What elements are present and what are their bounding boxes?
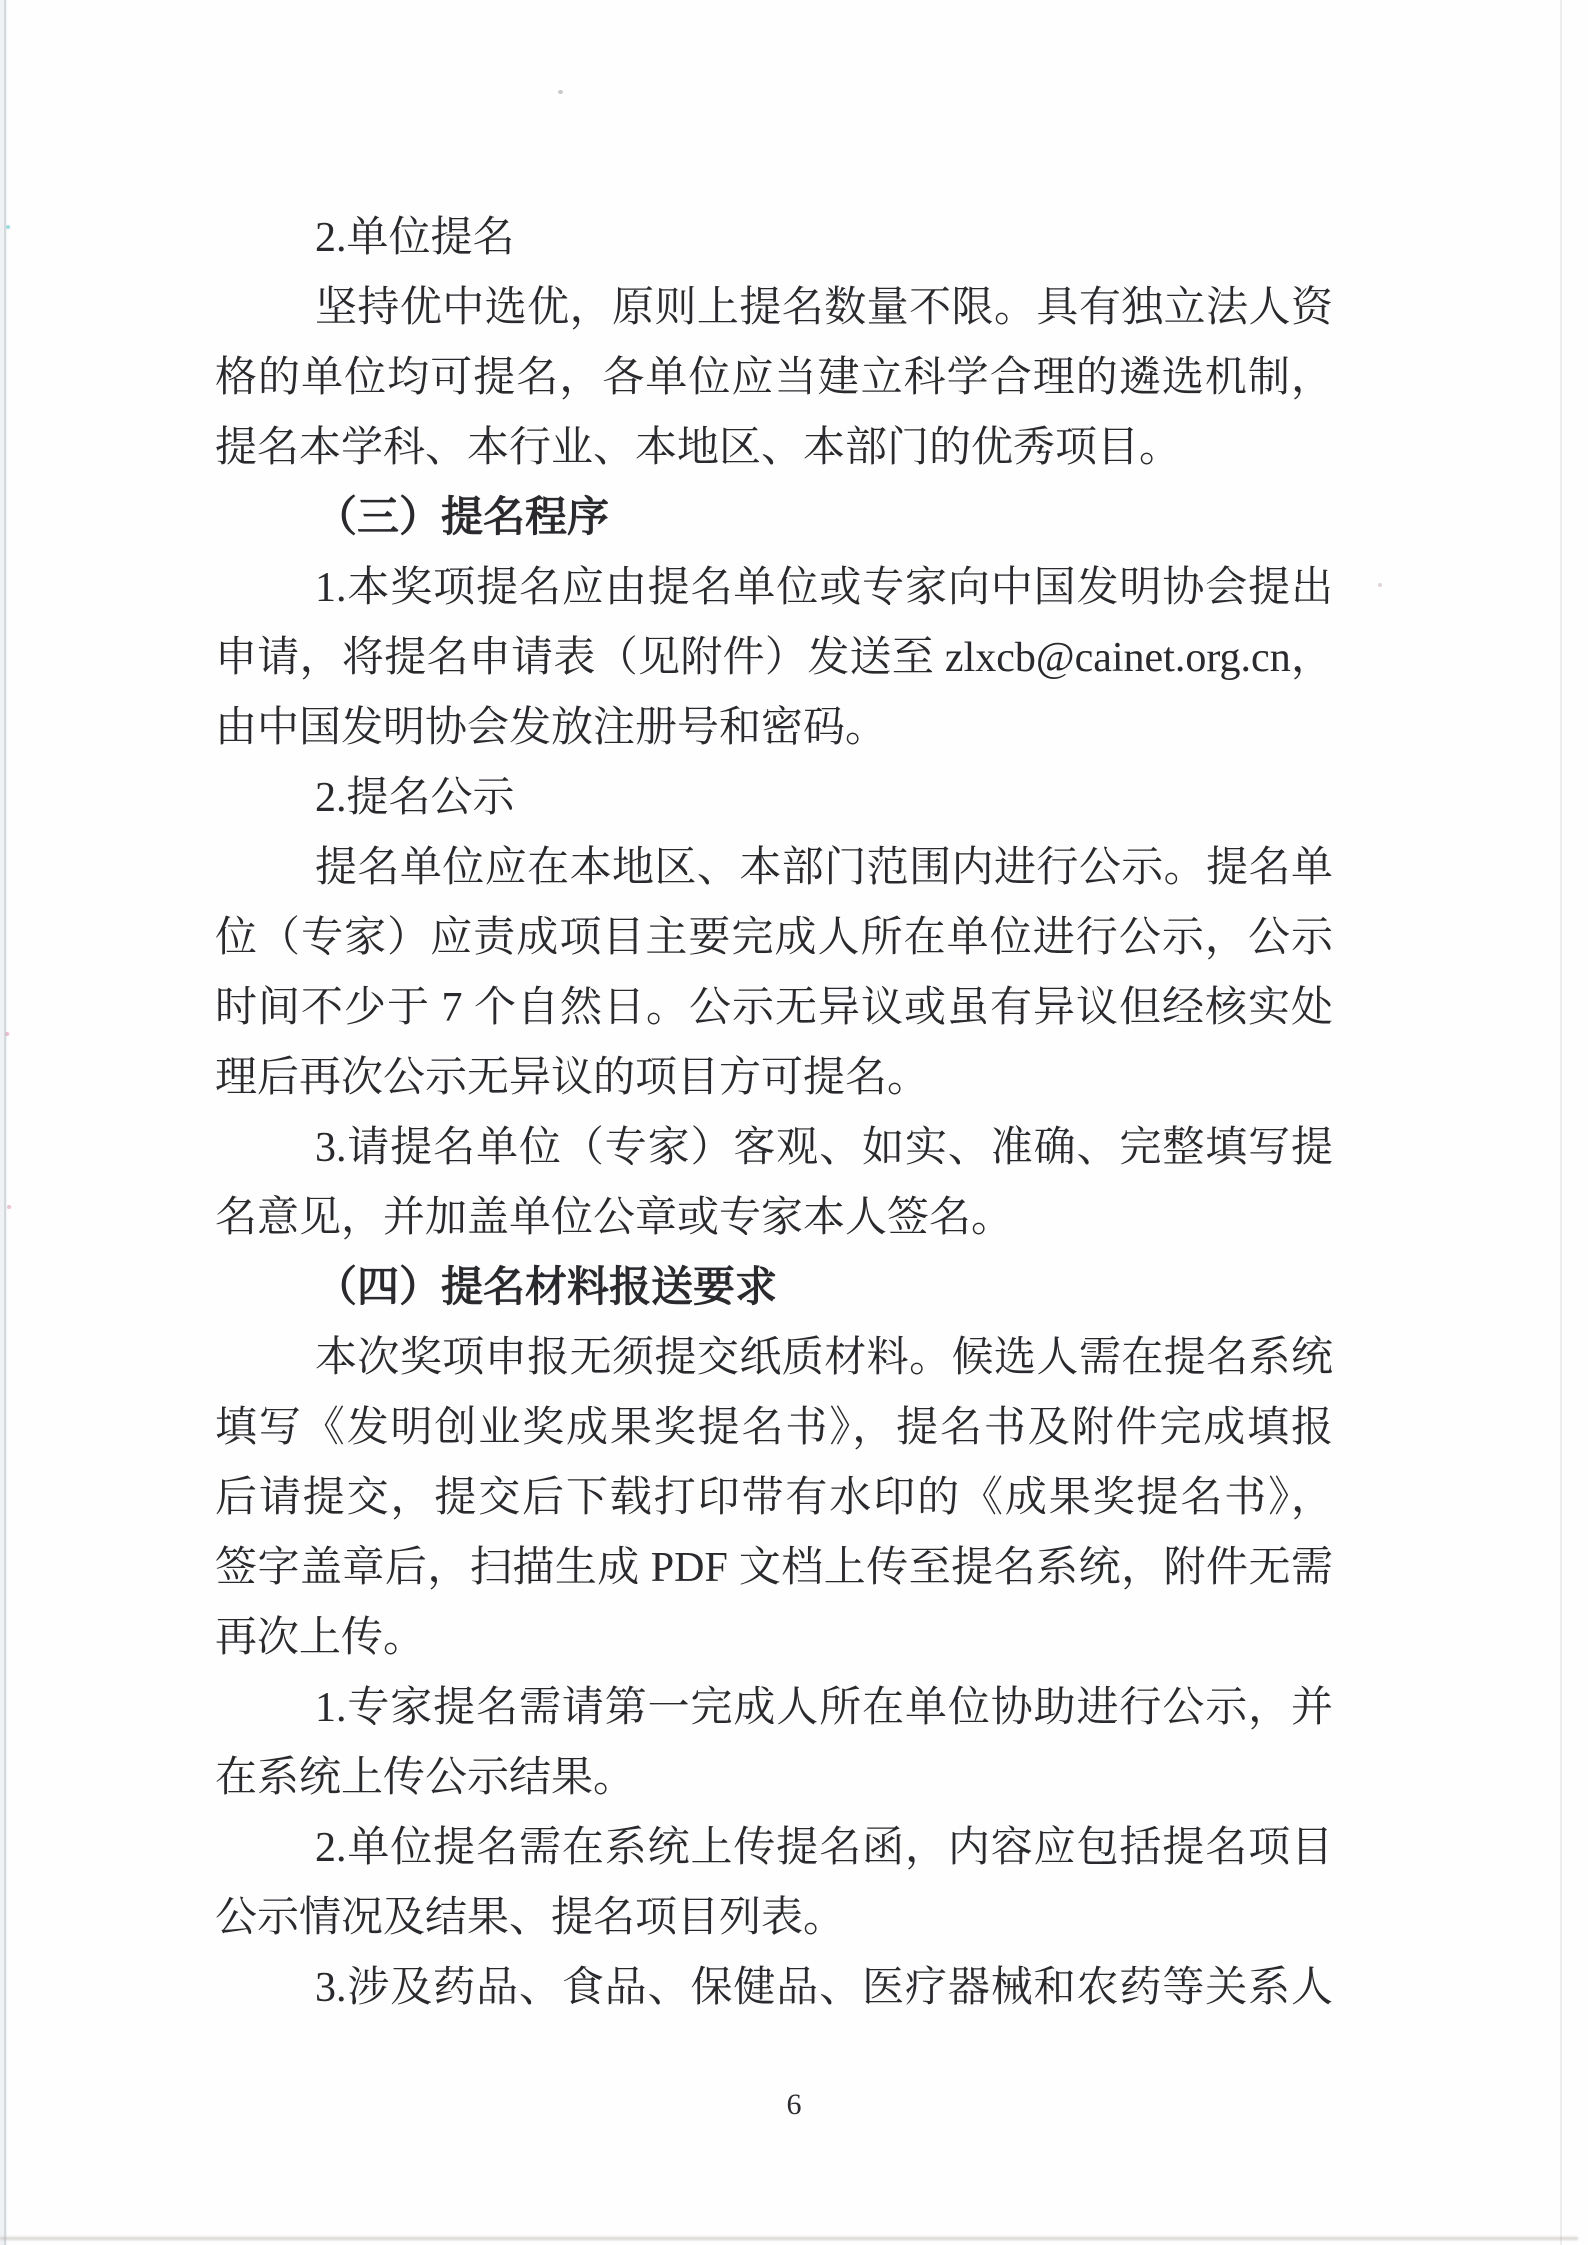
text-line: 填写《发明创业奖成果奖提名书》，提名书及附件完成填报 <box>215 1393 1333 1463</box>
paragraph: 2.单位提名需在系统上传提名函，内容应包括提名项目公示情况及结果、提名项目列表。 <box>215 1813 1333 1953</box>
text-line: （三）提名程序 <box>215 483 1333 553</box>
page-number: 6 <box>0 2088 1588 2122</box>
scan-speck <box>1378 583 1382 587</box>
text-line: 理后再次公示无异议的项目方可提名。 <box>215 1043 1333 1113</box>
paragraph: 坚持优中选优，原则上提名数量不限。具有独立法人资格的单位均可提名，各单位应当建立… <box>215 273 1333 483</box>
section-heading: （三）提名程序 <box>215 483 1333 553</box>
text-line: 3.请提名单位（专家）客观、如实、准确、完整填写提 <box>215 1113 1333 1183</box>
text-line: 2.单位提名需在系统上传提名函，内容应包括提名项目 <box>215 1813 1333 1883</box>
paragraph: 1.专家提名需请第一完成人所在单位协助进行公示，并在系统上传公示结果。 <box>215 1673 1333 1813</box>
scan-bottom-edge-line <box>0 2237 1578 2240</box>
text-line: 2.提名公示 <box>215 763 1333 833</box>
scan-speck <box>6 225 10 229</box>
text-line: 由中国发明协会发放注册号和密码。 <box>215 693 1333 763</box>
text-line: （四）提名材料报送要求 <box>215 1253 1333 1323</box>
document-page: 2.单位提名坚持优中选优，原则上提名数量不限。具有独立法人资格的单位均可提名，各… <box>0 0 1588 2245</box>
scan-right-edge-line <box>1560 0 1562 2245</box>
text-line: 时间不少于 7 个自然日。公示无异议或虽有异议但经核实处 <box>215 973 1333 1043</box>
text-line: 公示情况及结果、提名项目列表。 <box>215 1883 1333 1953</box>
paragraph: 2.单位提名 <box>215 203 1333 273</box>
text-line: 位（专家）应责成项目主要完成人所在单位进行公示，公示 <box>215 903 1333 973</box>
text-line: 1.专家提名需请第一完成人所在单位协助进行公示，并 <box>215 1673 1333 1743</box>
paragraph: 3.涉及药品、食品、保健品、医疗器械和农药等关系人 <box>215 1953 1333 2023</box>
paragraph: 1.本奖项提名应由提名单位或专家向中国发明协会提出申请，将提名申请表（见附件）发… <box>215 553 1333 763</box>
paragraph: 本次奖项申报无须提交纸质材料。候选人需在提名系统填写《发明创业奖成果奖提名书》，… <box>215 1323 1333 1673</box>
scan-left-edge-line <box>4 0 6 2245</box>
paragraph: 提名单位应在本地区、本部门范围内进行公示。提名单位（专家）应责成项目主要完成人所… <box>215 833 1333 1113</box>
text-line: 提名本学科、本行业、本地区、本部门的优秀项目。 <box>215 413 1333 483</box>
text-line: 1.本奖项提名应由提名单位或专家向中国发明协会提出 <box>215 553 1333 623</box>
text-line: 再次上传。 <box>215 1603 1333 1673</box>
scan-speck <box>7 1205 11 1209</box>
text-line: 坚持优中选优，原则上提名数量不限。具有独立法人资 <box>215 273 1333 343</box>
section-heading: （四）提名材料报送要求 <box>215 1253 1333 1323</box>
scan-speck <box>5 1032 9 1036</box>
text-line: 在系统上传公示结果。 <box>215 1743 1333 1813</box>
document-body: 2.单位提名坚持优中选优，原则上提名数量不限。具有独立法人资格的单位均可提名，各… <box>215 203 1333 2023</box>
scan-speck <box>558 90 563 94</box>
text-line: 3.涉及药品、食品、保健品、医疗器械和农药等关系人 <box>215 1953 1333 2023</box>
text-line: 名意见，并加盖单位公章或专家本人签名。 <box>215 1183 1333 1253</box>
text-line: 提名单位应在本地区、本部门范围内进行公示。提名单 <box>215 833 1333 903</box>
text-line: 2.单位提名 <box>215 203 1333 273</box>
paragraph: 2.提名公示 <box>215 763 1333 833</box>
text-line: 格的单位均可提名，各单位应当建立科学合理的遴选机制， <box>215 343 1333 413</box>
text-line: 签字盖章后，扫描生成 PDF 文档上传至提名系统，附件无需 <box>215 1533 1333 1603</box>
paragraph: 3.请提名单位（专家）客观、如实、准确、完整填写提名意见，并加盖单位公章或专家本… <box>215 1113 1333 1253</box>
text-line: 后请提交，提交后下载打印带有水印的《成果奖提名书》， <box>215 1463 1333 1533</box>
text-line: 本次奖项申报无须提交纸质材料。候选人需在提名系统 <box>215 1323 1333 1393</box>
text-line: 申请，将提名申请表（见附件）发送至 zlxcb@cainet.org.cn， <box>215 623 1333 693</box>
